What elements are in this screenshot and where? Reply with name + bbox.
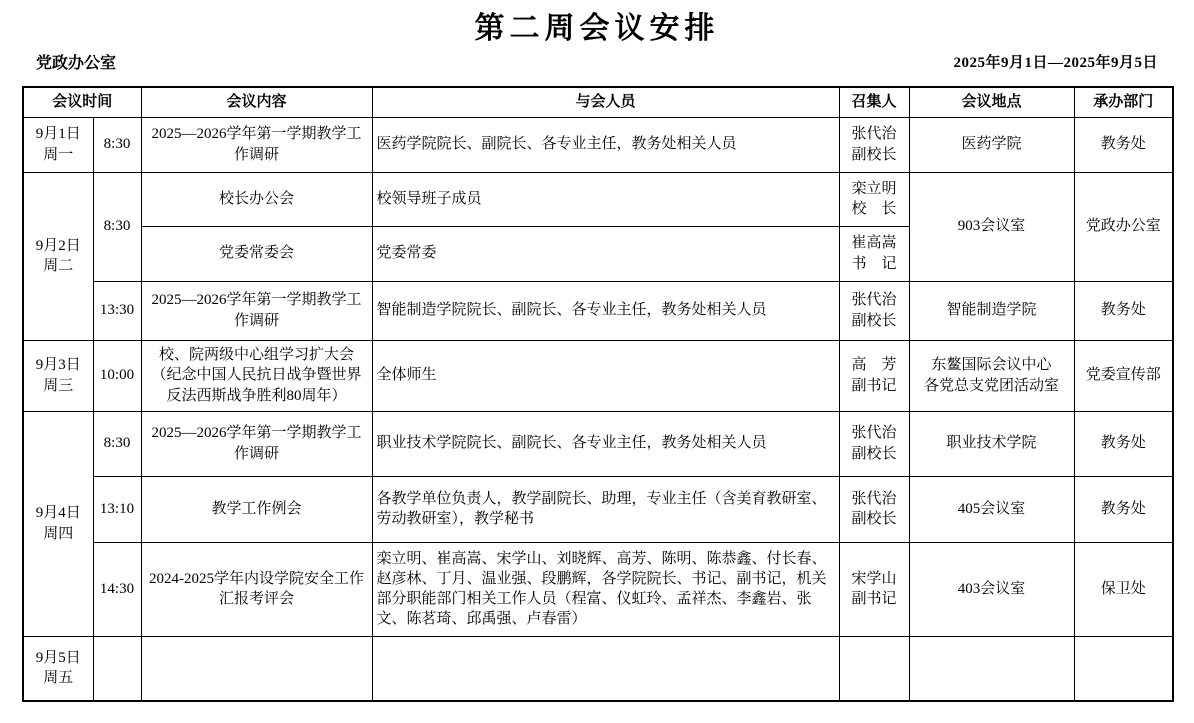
cell-convener: 张代治 副校长 <box>839 281 909 340</box>
row-sep4-a: 9月4日 周四 8:30 2025—2026学年第一学期教学工作调研 职业技术学… <box>23 411 1173 476</box>
cell-date: 9月5日 周五 <box>23 636 93 701</box>
cell-attendees: 栾立明、崔高嵩、宋学山、刘晓辉、高芳、陈明、陈恭鑫、付长春、赵彦林、丁月、温业强… <box>372 542 839 636</box>
cell-department: 教务处 <box>1074 476 1173 542</box>
cell-convener: 张代治 副校长 <box>839 476 909 542</box>
header-row: 会议时间 会议内容 与会人员 召集人 会议地点 承办部门 <box>23 87 1173 117</box>
cell-content: 教学工作例会 <box>141 476 372 542</box>
cell-attendees: 智能制造学院院长、副院长、各专业主任，教务处相关人员 <box>372 281 839 340</box>
row-sep4-c: 14:30 2024-2025学年内设学院安全工作汇报考评会 栾立明、崔高嵩、宋… <box>23 542 1173 636</box>
cell-content: 2025—2026学年第一学期教学工作调研 <box>141 411 372 476</box>
subheader: 党政办公室 2025年9月1日—2025年9月5日 <box>36 48 1158 74</box>
cell-time: 13:30 <box>93 281 141 340</box>
cell-attendees: 医药学院院长、副院长、各专业主任，教务处相关人员 <box>372 117 839 172</box>
cell-department: 教务处 <box>1074 281 1173 340</box>
cell-time: 8:30 <box>93 411 141 476</box>
cell-location: 405会议室 <box>909 476 1074 542</box>
cell-attendees: 校领导班子成员 <box>372 172 839 226</box>
cell-time: 8:30 <box>93 172 141 281</box>
cell-time <box>93 636 141 701</box>
schedule-table: 会议时间 会议内容 与会人员 召集人 会议地点 承办部门 9月1日 周一 8:3… <box>22 86 1174 702</box>
header-location: 会议地点 <box>909 87 1074 117</box>
header-attendees: 与会人员 <box>372 87 839 117</box>
cell-attendees: 各教学单位负责人，教学副院长、助理，专业主任（含美育教研室、劳动教研室），教学秘… <box>372 476 839 542</box>
cell-department: 保卫处 <box>1074 542 1173 636</box>
header-content: 会议内容 <box>141 87 372 117</box>
cell-content: 2025—2026学年第一学期教学工作调研 <box>141 117 372 172</box>
cell-location: 智能制造学院 <box>909 281 1074 340</box>
cell-convener: 张代治 副校长 <box>839 411 909 476</box>
cell-date: 9月1日 周一 <box>23 117 93 172</box>
cell-department: 教务处 <box>1074 117 1173 172</box>
header-convener: 召集人 <box>839 87 909 117</box>
row-sep2-c: 13:30 2025—2026学年第一学期教学工作调研 智能制造学院院长、副院长… <box>23 281 1173 340</box>
cell-location <box>909 636 1074 701</box>
cell-content: 校长办公会 <box>141 172 372 226</box>
cell-date: 9月3日 周三 <box>23 340 93 411</box>
cell-department: 党委宣传部 <box>1074 340 1173 411</box>
page-title: 第二周会议安排 <box>0 0 1194 48</box>
cell-attendees: 全体师生 <box>372 340 839 411</box>
cell-location: 医药学院 <box>909 117 1074 172</box>
cell-attendees <box>372 636 839 701</box>
row-sep2-a: 9月2日 周二 8:30 校长办公会 校领导班子成员 栾立明 校 长 903会议… <box>23 172 1173 226</box>
cell-time: 14:30 <box>93 542 141 636</box>
date-range: 2025年9月1日—2025年9月5日 <box>953 51 1158 72</box>
cell-content: 2024-2025学年内设学院安全工作汇报考评会 <box>141 542 372 636</box>
cell-attendees: 职业技术学院院长、副院长、各专业主任，教务处相关人员 <box>372 411 839 476</box>
cell-time: 8:30 <box>93 117 141 172</box>
cell-location: 903会议室 <box>909 172 1074 281</box>
cell-content: 2025—2026学年第一学期教学工作调研 <box>141 281 372 340</box>
row-sep5: 9月5日 周五 <box>23 636 1173 701</box>
cell-content: 校、院两级中心组学习扩大会（纪念中国人民抗日战争暨世界反法西斯战争胜利80周年） <box>141 340 372 411</box>
cell-date: 9月2日 周二 <box>23 172 93 340</box>
cell-convener: 高 芳 副书记 <box>839 340 909 411</box>
row-sep1: 9月1日 周一 8:30 2025—2026学年第一学期教学工作调研 医药学院院… <box>23 117 1173 172</box>
cell-location: 东鳌国际会议中心 各党总支党团活动室 <box>909 340 1074 411</box>
header-meeting-time: 会议时间 <box>23 87 141 117</box>
cell-department: 党政办公室 <box>1074 172 1173 281</box>
cell-content: 党委常委会 <box>141 226 372 281</box>
cell-time: 10:00 <box>93 340 141 411</box>
cell-convener <box>839 636 909 701</box>
cell-location: 职业技术学院 <box>909 411 1074 476</box>
cell-attendees: 党委常委 <box>372 226 839 281</box>
header-department: 承办部门 <box>1074 87 1173 117</box>
row-sep3: 9月3日 周三 10:00 校、院两级中心组学习扩大会（纪念中国人民抗日战争暨世… <box>23 340 1173 411</box>
cell-department <box>1074 636 1173 701</box>
cell-convener: 张代治 副校长 <box>839 117 909 172</box>
row-sep4-b: 13:10 教学工作例会 各教学单位负责人，教学副院长、助理，专业主任（含美育教… <box>23 476 1173 542</box>
office-label: 党政办公室 <box>36 50 116 73</box>
cell-convener: 崔高嵩 书 记 <box>839 226 909 281</box>
cell-convener: 宋学山 副书记 <box>839 542 909 636</box>
cell-department: 教务处 <box>1074 411 1173 476</box>
cell-content <box>141 636 372 701</box>
cell-convener: 栾立明 校 长 <box>839 172 909 226</box>
cell-time: 13:10 <box>93 476 141 542</box>
cell-date: 9月4日 周四 <box>23 411 93 636</box>
cell-location: 403会议室 <box>909 542 1074 636</box>
